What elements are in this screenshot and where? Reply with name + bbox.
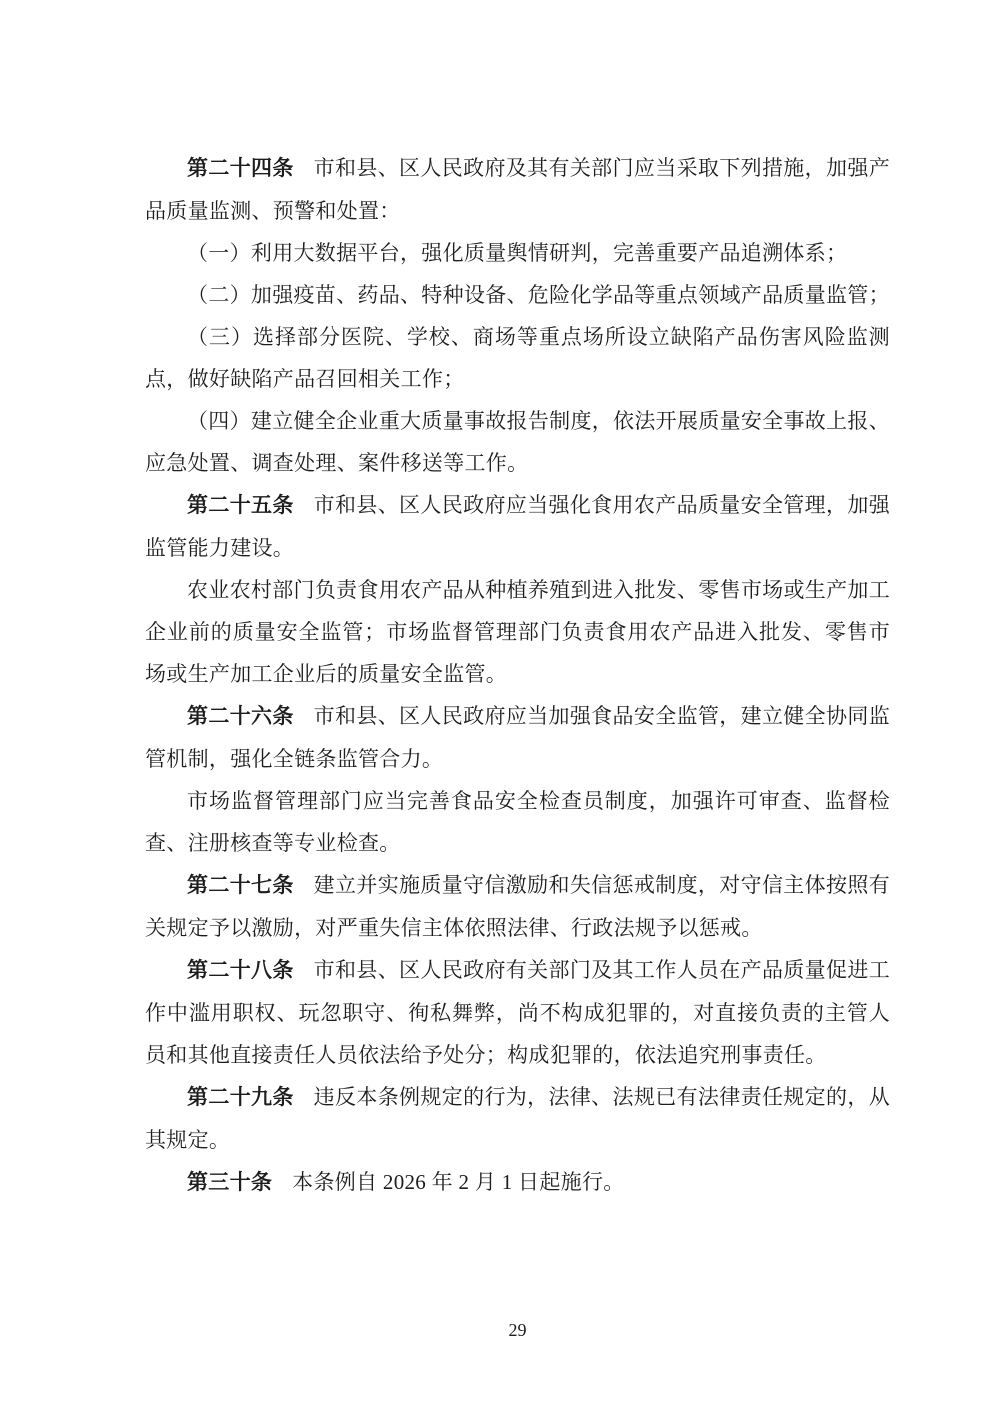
document-page: 第二十四条市和县、区人民政府及其有关部门应当采取下列措施，加强产品质量监测、预警…	[0, 0, 1000, 1415]
page-footer: 29	[145, 1318, 890, 1342]
article-number: 第二十九条	[187, 1086, 294, 1109]
article-paragraph: 第二十八条市和县、区人民政府有关部门及其工作人员在产品质量促进工作中滥用职权、玩…	[145, 949, 890, 1076]
article-paragraph: 第二十五条市和县、区人民政府应当强化食用农产品质量安全管理，加强监管能力建设。	[145, 484, 890, 569]
article-number: 第二十四条	[187, 157, 294, 180]
paragraph-text: （三）选择部分医院、学校、商场等重点场所设立缺陷产品伤害风险监测点，做好缺陷产品…	[145, 325, 890, 391]
document-body: 第二十四条市和县、区人民政府及其有关部门应当采取下列措施，加强产品质量监测、预警…	[145, 147, 890, 1204]
article-paragraph: （四）建立健全企业重大质量事故报告制度，依法开展质量安全事故上报、应急处置、调查…	[145, 400, 890, 484]
article-paragraph: 第二十七条建立并实施质量守信激励和失信惩戒制度，对守信主体按照有关规定予以激励，…	[145, 864, 890, 949]
article-paragraph: 第二十六条市和县、区人民政府应当加强食品安全监管，建立健全协同监管机制，强化全链…	[145, 695, 890, 780]
paragraph-text: 农业农村部门负责食用农产品从种植养殖到进入批发、零售市场或生产加工企业前的质量安…	[145, 578, 890, 686]
paragraph-text: 本条例自 2026 年 2 月 1 日起施行。	[292, 1170, 624, 1194]
article-paragraph: 第二十四条市和县、区人民政府及其有关部门应当采取下列措施，加强产品质量监测、预警…	[145, 147, 890, 232]
article-paragraph: 农业农村部门负责食用农产品从种植养殖到进入批发、零售市场或生产加工企业前的质量安…	[145, 569, 890, 695]
article-paragraph: （一）利用大数据平台，强化质量舆情研判，完善重要产品追溯体系；	[145, 232, 890, 274]
article-number: 第二十七条	[187, 874, 294, 897]
paragraph-text: （四）建立健全企业重大质量事故报告制度，依法开展质量安全事故上报、应急处置、调查…	[145, 409, 890, 475]
page-number: 29	[509, 1320, 527, 1340]
article-paragraph: 第三十条本条例自 2026 年 2 月 1 日起施行。	[145, 1161, 890, 1204]
paragraph-text: （二）加强疫苗、药品、特种设备、危险化学品等重点领域产品质量监管；	[187, 283, 890, 307]
article-paragraph: 第二十九条违反本条例规定的行为，法律、法规已有法律责任规定的，从其规定。	[145, 1076, 890, 1161]
article-number: 第二十六条	[187, 705, 294, 728]
article-number: 第二十五条	[187, 494, 294, 517]
paragraph-text: 市场监督管理部门应当完善食品安全检查员制度，加强许可审查、监督检查、注册核查等专…	[145, 789, 890, 855]
article-paragraph: （三）选择部分医院、学校、商场等重点场所设立缺陷产品伤害风险监测点，做好缺陷产品…	[145, 316, 890, 400]
article-paragraph: （二）加强疫苗、药品、特种设备、危险化学品等重点领域产品质量监管；	[145, 274, 890, 316]
article-number: 第二十八条	[187, 959, 294, 982]
article-number: 第三十条	[187, 1171, 272, 1194]
article-paragraph: 市场监督管理部门应当完善食品安全检查员制度，加强许可审查、监督检查、注册核查等专…	[145, 780, 890, 864]
paragraph-text: （一）利用大数据平台，强化质量舆情研判，完善重要产品追溯体系；	[187, 241, 847, 265]
